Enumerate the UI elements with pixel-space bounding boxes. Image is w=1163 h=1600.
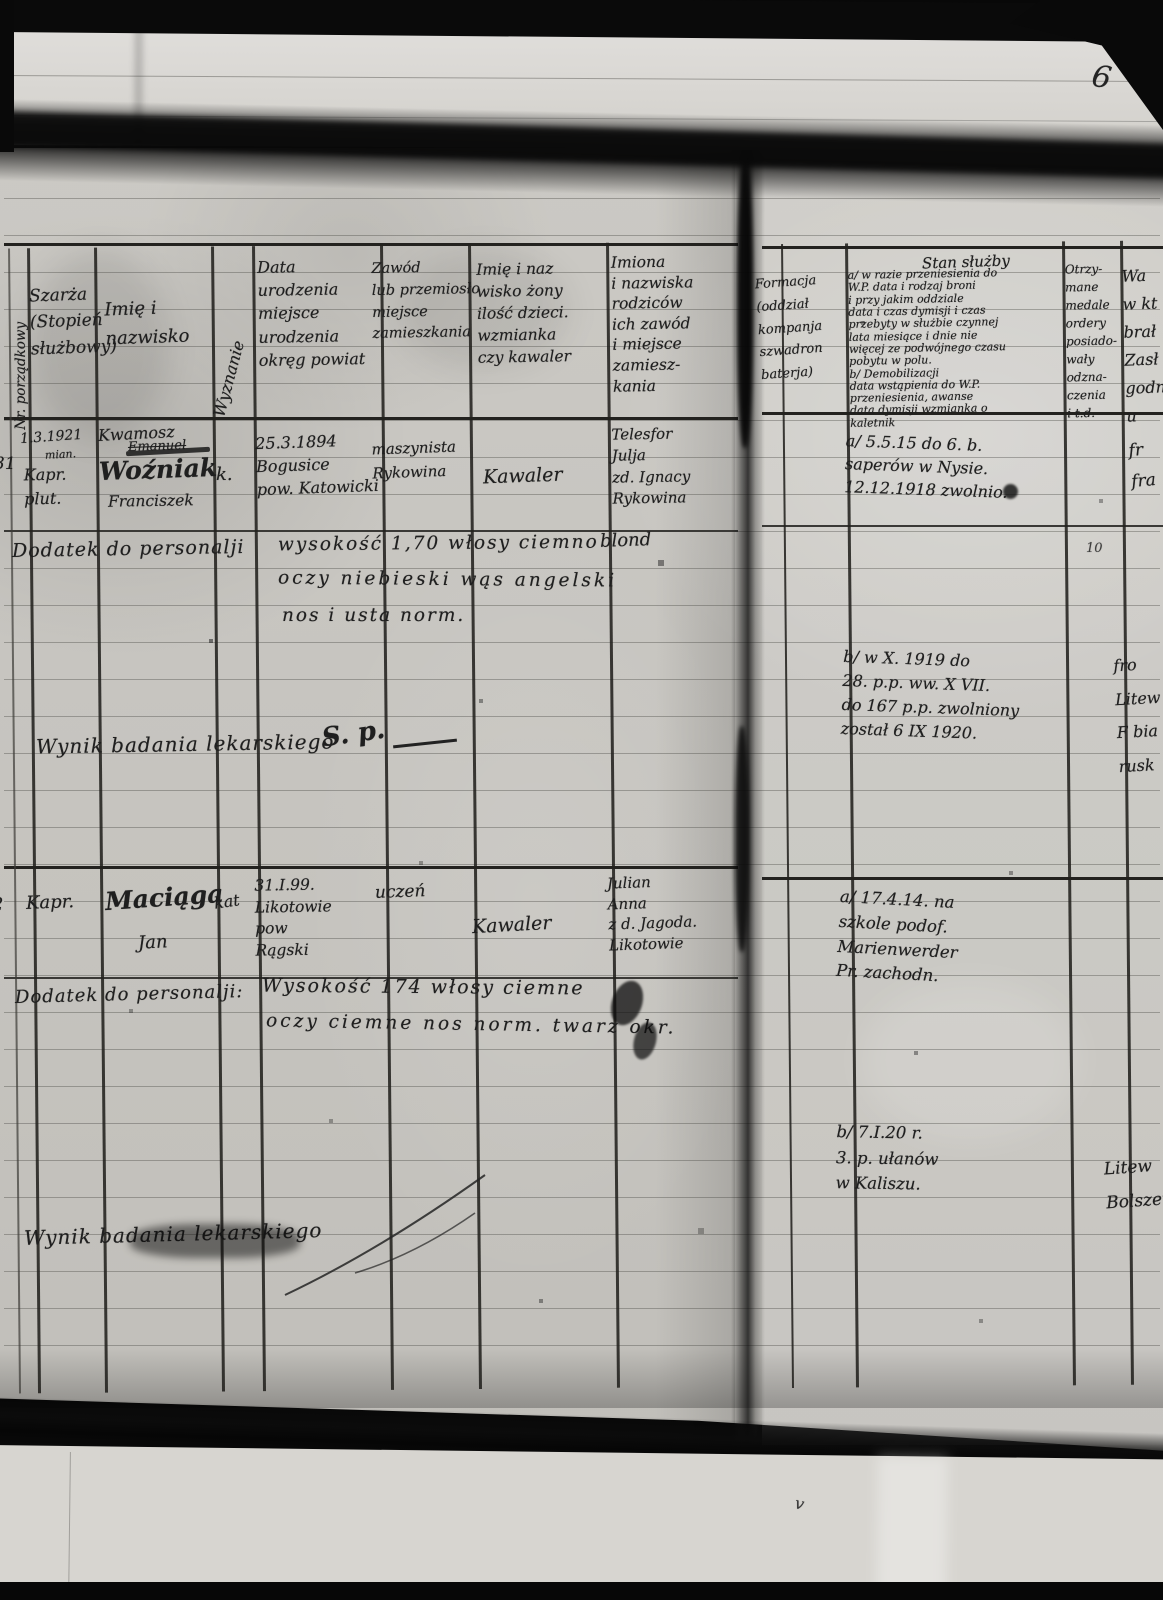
column-header-name: Imię i nazwisko [104, 294, 190, 354]
row1-parents: Telesfor Julja zd. Ignacy Rykowina [611, 423, 691, 510]
row2-profession: uczeń [375, 879, 426, 905]
column-line [606, 243, 620, 1388]
row2-service-b: b/ 7.I.20 r. 3. p. ułanów w Kaliszu. [835, 1119, 939, 1197]
column-header-parents: Imiona i nazwiska rodziców ich zawód i m… [611, 251, 696, 397]
column-header-profession: Zawód lub przemiosło miejsce zamieszkani… [371, 257, 481, 346]
ink-smudge [130, 1224, 300, 1258]
column-header-ordinal-number: Nr. porządkowy [12, 250, 32, 430]
row1-service-b: b/ w X. 1919 do 28. p.p. ww. X VII. do 1… [840, 645, 1021, 747]
row1-first-name: Franciszek [108, 489, 194, 513]
row1-rank-note: mian. [45, 446, 77, 464]
pen-flourish [270, 1155, 500, 1305]
column-header-birth: Data urodzenia miejsce urodzenia okręg p… [257, 254, 365, 372]
row1-hair-color-note: blond [600, 527, 652, 555]
row2-parents: Julian Anna z d. Jagoda. Likotowie [607, 870, 699, 956]
stray-pencil-number: 10 [1086, 540, 1103, 559]
row2-personal-addendum-line1: Wysokość 174 włosy ciemne [262, 973, 585, 1003]
column-header-medals: Otrzy- mane medale ordery posiado- wały … [1065, 260, 1119, 423]
row1-rank: Kapr. plut. [24, 463, 68, 512]
scanned-register-photo: Nr. porządkowy Szarża (Stopień służbowy)… [0, 0, 1163, 1600]
row1-personal-addendum-line3: nos i usta norm. [282, 603, 465, 630]
row1-ordinal: 31 [0, 452, 16, 477]
row1-marital-status: Kawaler [483, 462, 563, 492]
row2-ordinal: 2 [0, 892, 3, 918]
row2-religion: kat [213, 888, 242, 915]
paper-highlight-band [876, 1456, 948, 1600]
photo-black-border-bottom [0, 1582, 1163, 1600]
row2-service-a: a/ 17.4.14. na szkole podof. Marienwerde… [835, 885, 960, 990]
ink-blot [1003, 484, 1018, 499]
column-line [781, 244, 794, 1388]
row1-personal-addendum-label: Dodatek do personalji [12, 534, 245, 566]
binding-crease [731, 150, 765, 1445]
photo-black-edge-left [0, 0, 14, 152]
row1-profession: maszynista Rykowina [371, 435, 457, 486]
row2-rank: Kapr. [26, 889, 75, 917]
row1-medical-exam-label: Wynik badania lekarskiego [36, 727, 335, 761]
column-header-wife-children: Imię i naz wisko żony ilość dzieci. wzmi… [476, 257, 571, 369]
row2-marital-status: Kawaler [471, 910, 552, 942]
row1-personal-addendum-line1: wysokość 1,70 włosy ciemno [278, 530, 599, 560]
row1-personal-addendum-line2: oczy niebieski wąs angelski [278, 566, 617, 596]
row1-religion: k. [216, 462, 233, 488]
row2-first-name: Jan [137, 929, 168, 957]
row1-surname: Woźniak [98, 450, 217, 490]
row1-birth: 25.3.1894 Bogusice pow. Katowicki [255, 428, 379, 502]
column-header-battles-fragment: Wa w kt brał Zasł godn u [1121, 261, 1163, 430]
crease-shadow [737, 160, 753, 448]
row1-front-fragment-b: fro Litew F bia rusk [1113, 647, 1163, 784]
ruled-line [4, 235, 1160, 236]
next-page-edge [0, 1445, 1163, 1600]
paper-edge-line [68, 1452, 71, 1585]
ruled-line [0, 75, 1163, 82]
row2-birth: 31.I.99. Likotowie pow Rągski [254, 874, 332, 962]
crease-shadow [735, 726, 749, 952]
column-header-service-record-body: a/ w razie przeniesienia do W.P. data i … [848, 266, 1066, 430]
row1-service-a: a/ 5.5.15 do 6. b. saperów w Nysie. 12.1… [844, 429, 1010, 504]
row2-front-fragment: Litew Bolszew [1103, 1148, 1163, 1221]
